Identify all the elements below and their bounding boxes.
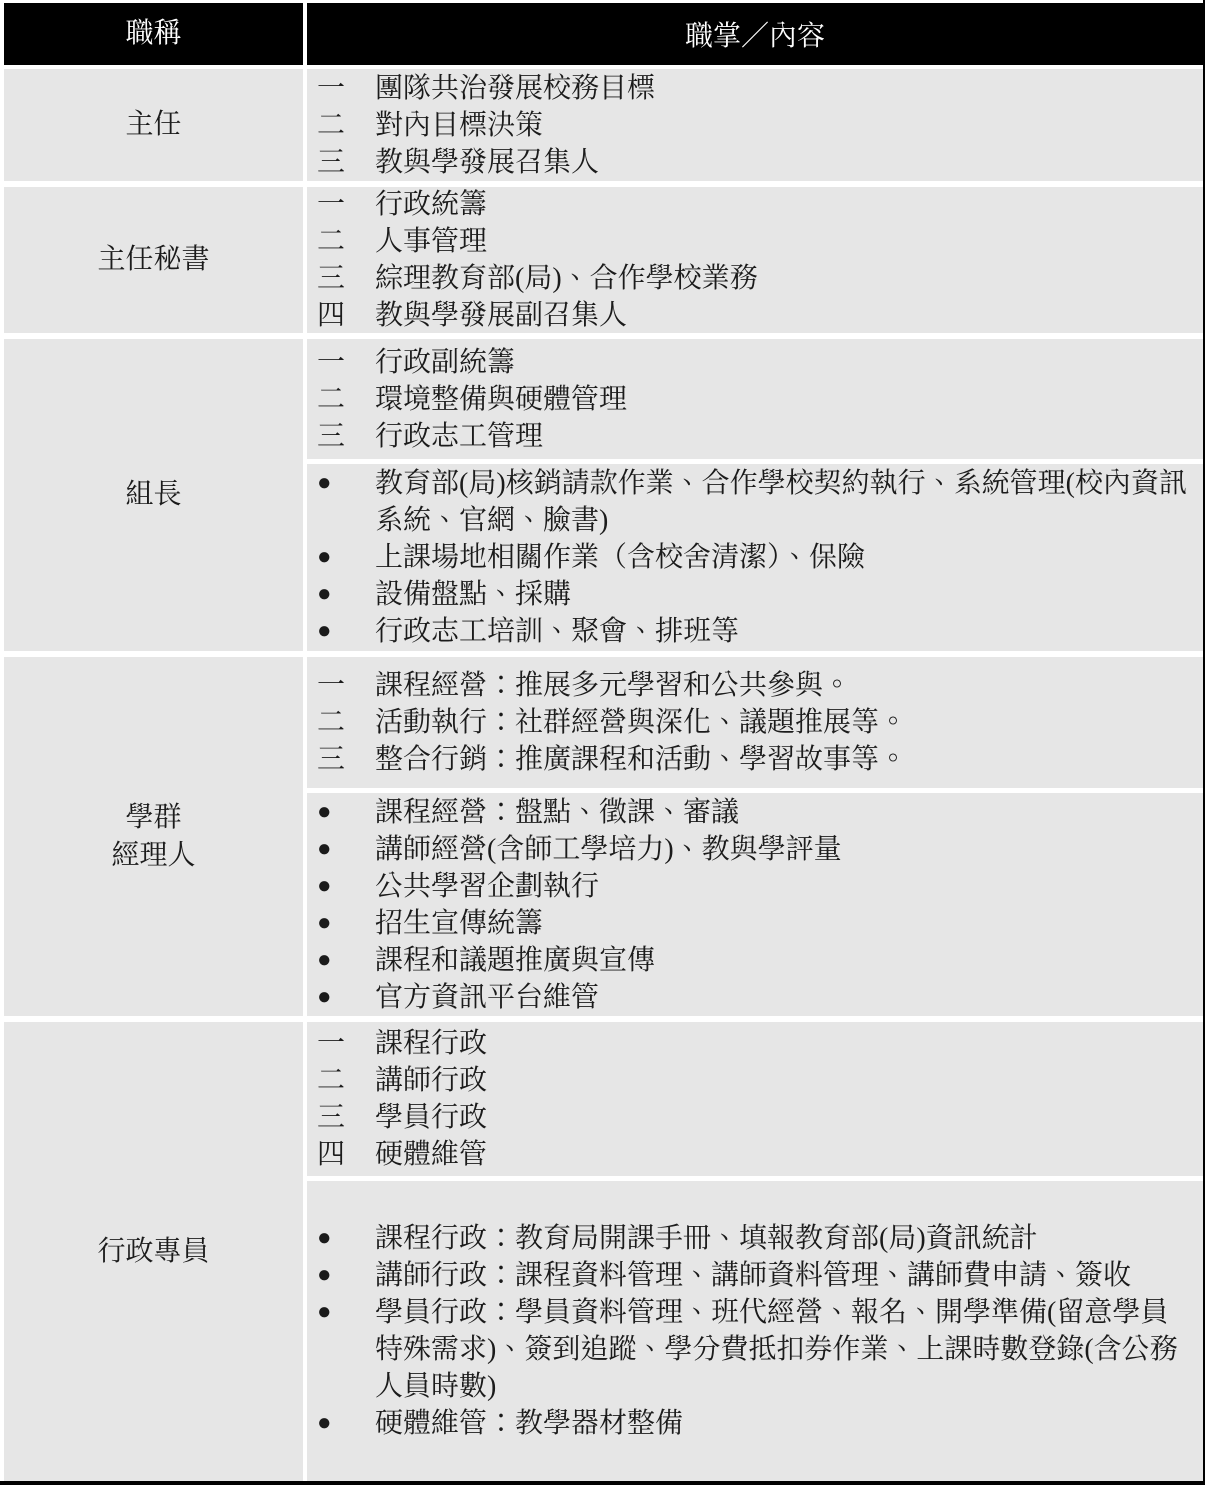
list-item: ●上課場地相關作業（含校舍清潔）、保險 bbox=[307, 539, 1203, 576]
list-item: ●課程和議題推廣與宣傳 bbox=[307, 942, 1203, 979]
list-item: 一團隊共治發展校務目標 bbox=[307, 70, 1203, 107]
list-item: ●行政志工培訓、聚會、排班等 bbox=[307, 613, 1203, 650]
list-item: ●講師經營(含師工學培力)、教與學評量 bbox=[307, 831, 1203, 868]
bullet-marker: ● bbox=[317, 465, 351, 502]
number-marker: 四 bbox=[317, 297, 351, 334]
duty-text: 環境整備與硬體管理 bbox=[375, 381, 1189, 418]
list-item: 三整合行銷：推廣課程和活動、學習故事等。 bbox=[307, 741, 1203, 778]
bullet-marker: ● bbox=[317, 942, 351, 979]
numbered-duty-list: 一課程行政二講師行政三學員行政四硬體維管 bbox=[307, 1022, 1203, 1176]
bullet-marker: ● bbox=[317, 905, 351, 942]
header-title-label: 職稱 bbox=[125, 15, 181, 53]
row-title-cell: 主任秘書 bbox=[4, 187, 303, 333]
row-title-line: 行政專員 bbox=[97, 1233, 209, 1271]
list-item: ●學員行政：學員資料管理、班代經營、報名、開學準備(留意學員特殊需求)、簽到追蹤… bbox=[307, 1294, 1203, 1405]
bullet-marker: ● bbox=[317, 539, 351, 576]
duty-text: 教與學發展副召集人 bbox=[375, 297, 1189, 334]
duty-text: 活動執行：社群經營與深化、議題推展等。 bbox=[375, 704, 1189, 741]
row-title-line: 組長 bbox=[125, 476, 181, 514]
number-marker: 一 bbox=[317, 186, 351, 223]
bullet-marker: ● bbox=[317, 576, 351, 613]
duty-text: 講師經營(含師工學培力)、教與學評量 bbox=[375, 831, 1189, 868]
duty-text: 課程經營：盤點、徵課、審議 bbox=[375, 794, 1189, 831]
list-item: ●招生宣傳統籌 bbox=[307, 905, 1203, 942]
duty-text: 公共學習企劃執行 bbox=[375, 868, 1189, 905]
numbered-duty-list: 一課程經營：推展多元學習和公共參與。二活動執行：社群經營與深化、議題推展等。三整… bbox=[307, 657, 1203, 788]
number-marker: 三 bbox=[317, 418, 351, 455]
list-item: ●公共學習企劃執行 bbox=[307, 868, 1203, 905]
duty-text: 行政志工管理 bbox=[375, 418, 1189, 455]
duty-text: 人事管理 bbox=[375, 223, 1189, 260]
job-duty-table: 職稱 職掌／內容 主任一團隊共治發展校務目標二對內目標決策三教與學發展召集人主任… bbox=[0, 0, 1205, 1485]
duty-text: 團隊共治發展校務目標 bbox=[375, 70, 1189, 107]
duty-text: 學員行政 bbox=[375, 1099, 1189, 1136]
numbered-duty-list: 一行政副統籌二環境整備與硬體管理三行政志工管理 bbox=[307, 339, 1203, 459]
duty-text: 硬體維管 bbox=[375, 1136, 1189, 1173]
duty-text: 課程行政：教育局開課手冊、填報教育部(局)資訊統計 bbox=[375, 1220, 1189, 1257]
duty-text: 課程經營：推展多元學習和公共參與。 bbox=[375, 667, 1189, 704]
duty-text: 設備盤點、採購 bbox=[375, 576, 1189, 613]
number-marker: 二 bbox=[317, 107, 351, 144]
row-content-cell: 一行政統籌二人事管理三綜理教育部(局)、合作學校業務四教與學發展副召集人 bbox=[307, 187, 1203, 333]
duty-text: 行政統籌 bbox=[375, 186, 1189, 223]
numbered-duty-list: 一團隊共治發展校務目標二對內目標決策三教與學發展召集人 bbox=[307, 69, 1203, 181]
duty-text: 整合行銷：推廣課程和活動、學習故事等。 bbox=[375, 741, 1189, 778]
list-item: 二環境整備與硬體管理 bbox=[307, 381, 1203, 418]
bulleted-duty-list: ●課程行政：教育局開課手冊、填報教育部(局)資訊統計●講師行政：課程資料管理、講… bbox=[307, 1181, 1203, 1481]
duty-text: 課程和議題推廣與宣傳 bbox=[375, 942, 1189, 979]
list-item: 四硬體維管 bbox=[307, 1136, 1203, 1173]
duty-text: 行政副統籌 bbox=[375, 344, 1189, 381]
duty-text: 教與學發展召集人 bbox=[375, 144, 1189, 181]
row-content-cell: 一團隊共治發展校務目標二對內目標決策三教與學發展召集人 bbox=[307, 69, 1203, 181]
number-marker: 三 bbox=[317, 144, 351, 181]
duty-text: 學員行政：學員資料管理、班代經營、報名、開學準備(留意學員特殊需求)、簽到追蹤、… bbox=[375, 1294, 1189, 1405]
number-marker: 四 bbox=[317, 1136, 351, 1173]
list-item: 三教與學發展召集人 bbox=[307, 144, 1203, 181]
list-item: 一課程經營：推展多元學習和公共參與。 bbox=[307, 667, 1203, 704]
table-header-row: 職稱 職掌／內容 bbox=[4, 3, 1203, 65]
duty-text: 綜理教育部(局)、合作學校業務 bbox=[375, 260, 1189, 297]
duty-text: 教育部(局)核銷請款作業、合作學校契約執行、系統管理(校內資訊系統、官網、臉書) bbox=[375, 465, 1189, 539]
header-cell-content: 職掌／內容 bbox=[307, 3, 1203, 65]
list-item: ●官方資訊平台維管 bbox=[307, 979, 1203, 1016]
row-title-cell: 行政專員 bbox=[4, 1022, 303, 1481]
list-item: 三學員行政 bbox=[307, 1099, 1203, 1136]
duty-text: 課程行政 bbox=[375, 1025, 1189, 1062]
header-content-label: 職掌／內容 bbox=[685, 14, 825, 54]
number-marker: 二 bbox=[317, 381, 351, 418]
duty-text: 招生宣傳統籌 bbox=[375, 905, 1189, 942]
bullet-marker: ● bbox=[317, 794, 351, 831]
list-item: ●設備盤點、採購 bbox=[307, 576, 1203, 613]
list-item: ●硬體維管：教學器材整備 bbox=[307, 1405, 1203, 1442]
table-row: 行政專員一課程行政二講師行政三學員行政四硬體維管●課程行政：教育局開課手冊、填報… bbox=[4, 1022, 1203, 1481]
list-item: 三行政志工管理 bbox=[307, 418, 1203, 455]
bulleted-duty-list: ●課程經營：盤點、徵課、審議●講師經營(含師工學培力)、教與學評量●公共學習企劃… bbox=[307, 793, 1203, 1016]
duty-text: 講師行政 bbox=[375, 1062, 1189, 1099]
list-item: 一行政統籌 bbox=[307, 186, 1203, 223]
list-item: ●講師行政：課程資料管理、講師資料管理、講師費申請、簽收 bbox=[307, 1257, 1203, 1294]
bullet-marker: ● bbox=[317, 1220, 351, 1257]
number-marker: 二 bbox=[317, 223, 351, 260]
bullet-marker: ● bbox=[317, 979, 351, 1016]
list-item: 一課程行政 bbox=[307, 1025, 1203, 1062]
row-title-cell: 學群經理人 bbox=[4, 657, 303, 1016]
number-marker: 二 bbox=[317, 1062, 351, 1099]
bulleted-duty-list: ●教育部(局)核銷請款作業、合作學校契約執行、系統管理(校內資訊系統、官網、臉書… bbox=[307, 464, 1203, 651]
bullet-marker: ● bbox=[317, 868, 351, 905]
table-row: 主任秘書一行政統籌二人事管理三綜理教育部(局)、合作學校業務四教與學發展副召集人 bbox=[4, 187, 1203, 333]
number-marker: 一 bbox=[317, 667, 351, 704]
duty-text: 上課場地相關作業（含校舍清潔）、保險 bbox=[375, 539, 1189, 576]
bullet-marker: ● bbox=[317, 831, 351, 868]
duty-text: 行政志工培訓、聚會、排班等 bbox=[375, 613, 1189, 650]
row-content-cell: 一課程行政二講師行政三學員行政四硬體維管●課程行政：教育局開課手冊、填報教育部(… bbox=[307, 1022, 1203, 1481]
list-item: 二講師行政 bbox=[307, 1062, 1203, 1099]
list-item: ●課程經營：盤點、徵課、審議 bbox=[307, 794, 1203, 831]
list-item: 四教與學發展副召集人 bbox=[307, 297, 1203, 334]
number-marker: 三 bbox=[317, 260, 351, 297]
list-item: 二活動執行：社群經營與深化、議題推展等。 bbox=[307, 704, 1203, 741]
number-marker: 三 bbox=[317, 1099, 351, 1136]
list-item: ●教育部(局)核銷請款作業、合作學校契約執行、系統管理(校內資訊系統、官網、臉書… bbox=[307, 465, 1203, 539]
header-cell-title: 職稱 bbox=[4, 3, 303, 65]
list-item: ●課程行政：教育局開課手冊、填報教育部(局)資訊統計 bbox=[307, 1220, 1203, 1257]
number-marker: 一 bbox=[317, 1025, 351, 1062]
row-title-line: 主任 bbox=[125, 106, 181, 144]
row-title-line: 經理人 bbox=[111, 837, 195, 875]
row-content-cell: 一行政副統籌二環境整備與硬體管理三行政志工管理●教育部(局)核銷請款作業、合作學… bbox=[307, 339, 1203, 651]
list-item: 二對內目標決策 bbox=[307, 107, 1203, 144]
list-item: 二人事管理 bbox=[307, 223, 1203, 260]
row-title-cell: 主任 bbox=[4, 69, 303, 181]
bullet-marker: ● bbox=[317, 1257, 351, 1294]
duty-text: 官方資訊平台維管 bbox=[375, 979, 1189, 1016]
list-item: 三綜理教育部(局)、合作學校業務 bbox=[307, 260, 1203, 297]
duty-text: 硬體維管：教學器材整備 bbox=[375, 1405, 1189, 1442]
bullet-marker: ● bbox=[317, 1405, 351, 1442]
number-marker: 一 bbox=[317, 70, 351, 107]
numbered-duty-list: 一行政統籌二人事管理三綜理教育部(局)、合作學校業務四教與學發展副召集人 bbox=[307, 187, 1203, 333]
bullet-marker: ● bbox=[317, 613, 351, 650]
row-title-cell: 組長 bbox=[4, 339, 303, 651]
duty-text: 講師行政：課程資料管理、講師資料管理、講師費申請、簽收 bbox=[375, 1257, 1189, 1294]
number-marker: 二 bbox=[317, 704, 351, 741]
number-marker: 三 bbox=[317, 741, 351, 778]
row-title-line: 主任秘書 bbox=[97, 241, 209, 279]
duty-text: 對內目標決策 bbox=[375, 107, 1189, 144]
list-item: 一行政副統籌 bbox=[307, 344, 1203, 381]
bullet-marker: ● bbox=[317, 1294, 351, 1331]
table-row: 組長一行政副統籌二環境整備與硬體管理三行政志工管理●教育部(局)核銷請款作業、合… bbox=[4, 339, 1203, 651]
number-marker: 一 bbox=[317, 344, 351, 381]
row-title-line: 學群 bbox=[125, 799, 181, 837]
table-row: 主任一團隊共治發展校務目標二對內目標決策三教與學發展召集人 bbox=[4, 69, 1203, 181]
table-row: 學群經理人一課程經營：推展多元學習和公共參與。二活動執行：社群經營與深化、議題推… bbox=[4, 657, 1203, 1016]
row-content-cell: 一課程經營：推展多元學習和公共參與。二活動執行：社群經營與深化、議題推展等。三整… bbox=[307, 657, 1203, 1016]
